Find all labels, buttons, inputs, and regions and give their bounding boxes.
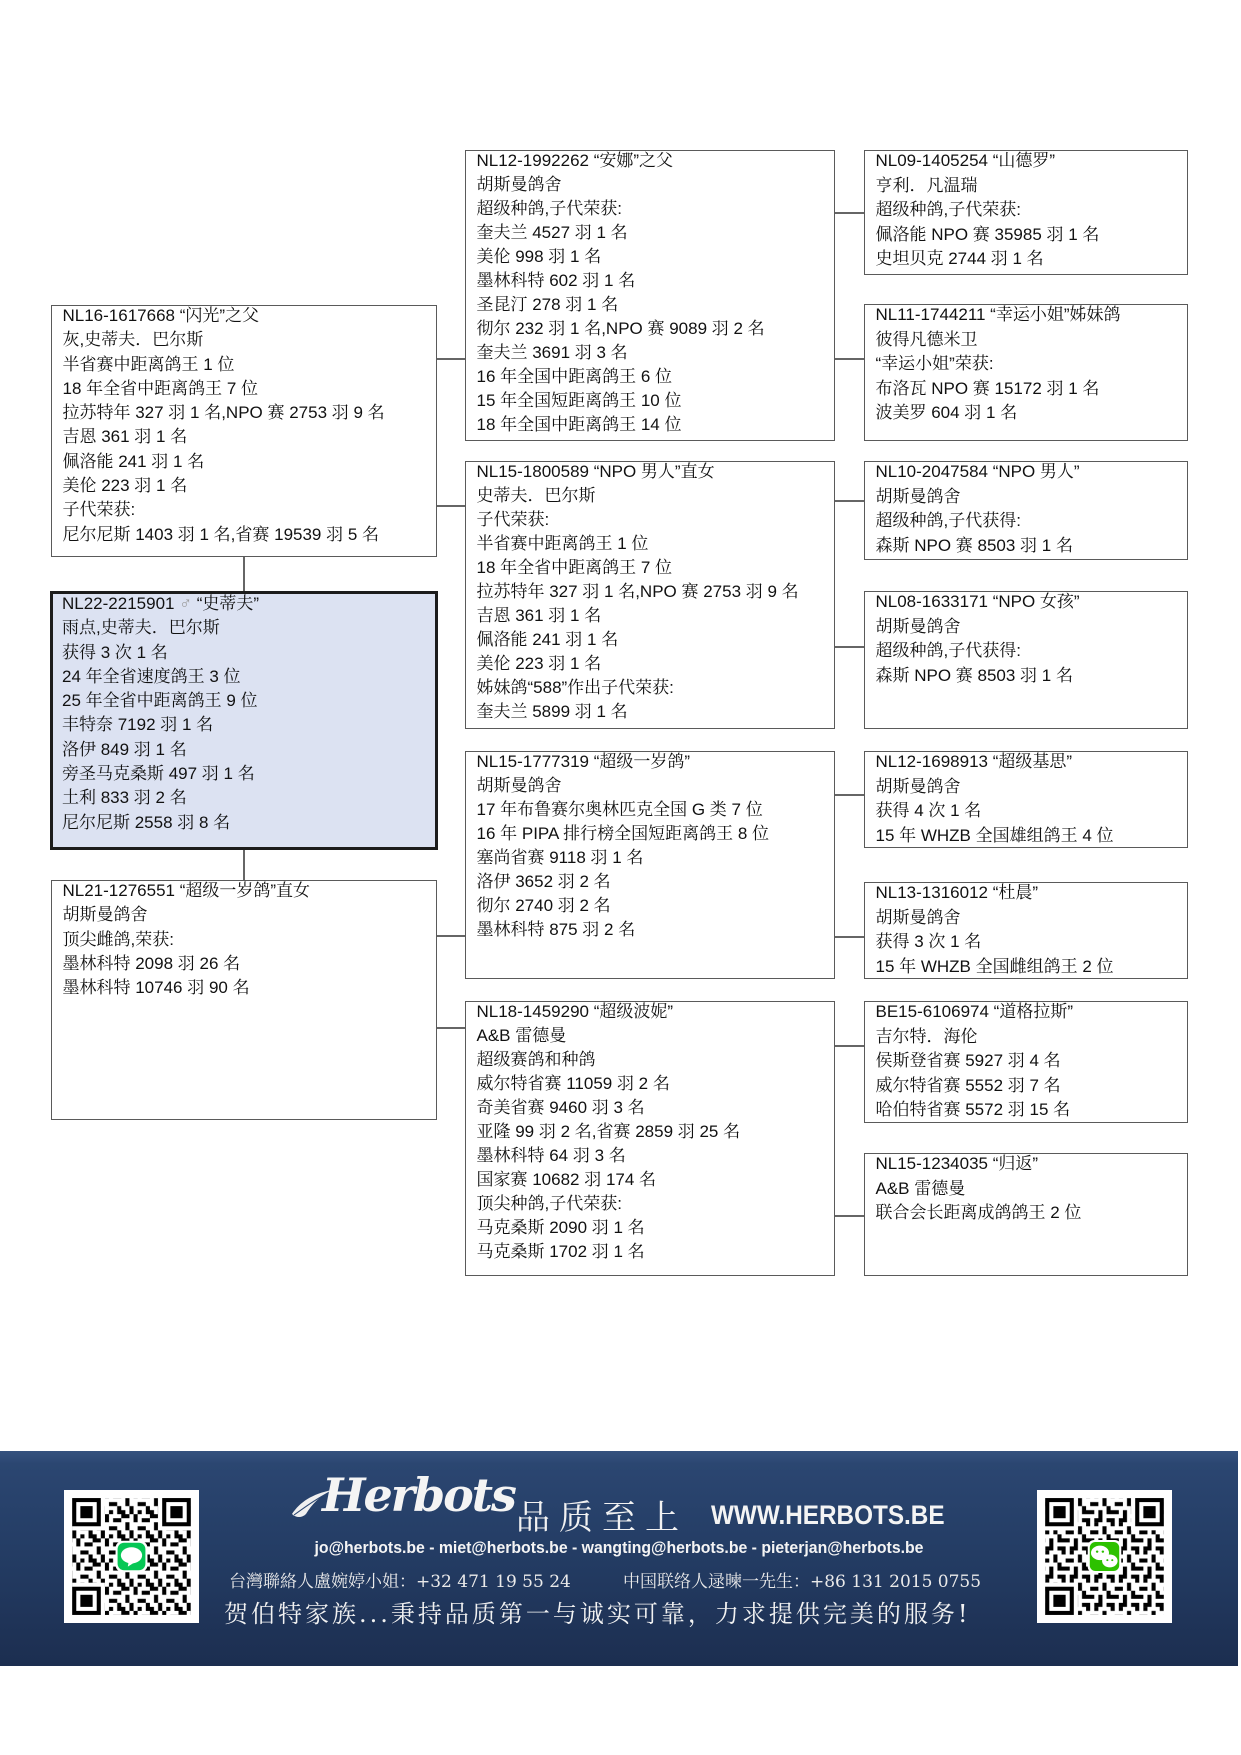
ring-title: NL18-1459290 “超级波妮” [477,1000,829,1024]
result-line: 半省赛中距离鸽王 1 位 [63,353,431,377]
result-line: 尼尔尼斯 2558 羽 8 名 [62,811,429,835]
breeder-line: A&B 雷德曼 [477,1024,829,1048]
box-lines: NL15-1777319 “超级一岁鸽” 胡斯曼鸽舍 17 年布鲁赛尔奥林匹克全… [477,750,829,942]
ring-title: NL13-1316012 “杜晨” [876,881,1182,906]
result-line: 16 年全国中距离鸽王 6 位 [477,365,829,389]
result-line: 子代荣获: [63,498,431,522]
connector-r5 [835,794,864,796]
pedigree-box-sire-dam-dam: NL08-1633171 “NPO 女孩” 胡斯曼鸽舍 超级种鸽,子代获得: 森… [864,591,1188,729]
result-line: 彻尔 2740 羽 2 名 [477,894,829,918]
result-line: 圣昆汀 278 羽 1 名 [477,293,829,317]
wechat-icon [1088,1540,1122,1573]
breeder-line: 吉尔特．海伦 [876,1025,1182,1050]
box-lines: NL08-1633171 “NPO 女孩” 胡斯曼鸽舍 超级种鸽,子代获得: 森… [876,590,1182,688]
connector-r8 [835,1215,864,1217]
box-lines: NL13-1316012 “杜晨” 胡斯曼鸽舍 获得 3 次 1 名 15 年 … [876,881,1182,979]
result-line: 马克桑斯 2090 羽 1 名 [477,1216,829,1240]
result-line: 洛伊 849 羽 1 名 [62,738,429,762]
ring-title: BE15-6106974 “道格拉斯” [876,1000,1182,1025]
result-line: 拉苏特年 327 羽 1 名,NPO 赛 2753 羽 9 名 [63,401,431,425]
connector-dam-to-dam-dam [437,1027,465,1029]
pedigree-box-dam-sire-sire: NL12-1698913 “超级基思” 胡斯曼鸽舍 获得 4 次 1 名 15 … [864,751,1188,848]
pedigree-box-sire-dam: NL15-1800589 “NPO 男人”直女 史蒂夫．巴尔斯 子代荣获: 半省… [465,461,835,729]
result-line: 18 年全国中距离鸽王 14 位 [477,413,829,437]
result-line: 森斯 NPO 赛 8503 羽 1 名 [876,664,1182,689]
pedigree-box-sire-dam-sire: NL10-2047584 “NPO 男人” 胡斯曼鸽舍 超级种鸽,子代获得: 森… [864,461,1188,560]
breeder-line: 史蒂夫．巴尔斯 [477,484,829,508]
breeder-line: 胡斯曼鸽舍 [477,774,829,798]
result-line: 墨林科特 875 羽 2 名 [477,918,829,942]
result-line: 哈伯特省赛 5572 羽 15 名 [876,1098,1182,1123]
result-line: 尼尔尼斯 1403 羽 1 名,省赛 19539 羽 5 名 [63,523,431,547]
ring-title: NL21-1276551 “超级一岁鸽”直女 [63,879,431,903]
male-symbol-icon: ♂ [179,594,192,613]
pedigree-box-dam-dam: NL18-1459290 “超级波妮” A&B 雷德曼 超级赛鸽和种鸽 威尔特省… [465,1001,835,1276]
ring-title: NL09-1405254 “山德罗” [876,149,1182,174]
result-line: 美伦 223 羽 1 名 [477,652,829,676]
result-line: 彻尔 232 羽 1 名,NPO 赛 9089 羽 2 名 [477,317,829,341]
result-line: 姊妹鸽“588”作出子代荣获: [477,676,829,700]
result-line: 佩洛能 241 羽 1 名 [477,628,829,652]
pedigree-box-dam-sire-dam: NL13-1316012 “杜晨” 胡斯曼鸽舍 获得 3 次 1 名 15 年 … [864,882,1188,979]
ring-number: NL22-2215901 [62,594,174,613]
breeder-line: 彼得凡德米卫 [876,328,1182,353]
result-line: 波美罗 604 羽 1 名 [876,401,1182,426]
result-line: 15 年 WHZB 全国雌组鸽王 2 位 [876,955,1182,980]
result-line: 18 年全省中距离鸽王 7 位 [477,556,829,580]
breeder-line: 胡斯曼鸽舍 [876,615,1182,640]
result-line: 美伦 223 羽 1 名 [63,474,431,498]
breeder-line: 雨点,史蒂夫．巴尔斯 [62,616,429,640]
breeder-line: 胡斯曼鸽舍 [876,906,1182,931]
contact-taiwan: 台灣聯絡人盧婉婷小姐：+32 471 19 55 24 [229,1567,571,1592]
ring-title: NL15-1234035 “归返” [876,1152,1182,1177]
connector-r4 [835,646,864,648]
pedigree-box-subject: NL22-2215901 ♂ “史蒂夫” 雨点,史蒂夫．巴尔斯 获得 3 次 1… [50,591,438,850]
result-line: 超级种鸽,子代获得: [876,509,1182,534]
result-line: 超级种鸽,子代荣获: [876,198,1182,223]
contact-china: 中国联络人逯暕一先生：+86 131 2015 0755 [623,1567,981,1592]
result-line: 塞尚省赛 9118 羽 1 名 [477,846,829,870]
box-lines: NL12-1992262 “安娜”之父 胡斯曼鸽舍 超级种鸽,子代荣获: 奎夫兰… [477,149,829,437]
result-line: 马克桑斯 1702 羽 1 名 [477,1240,829,1264]
result-line: 顶尖种鸽,子代荣获: [477,1192,829,1216]
qr-code-icon [1037,1490,1172,1623]
qr-code-icon [64,1490,199,1623]
breeder-line: 亨利．凡温瑞 [876,174,1182,199]
result-line: 丰特奈 7192 羽 1 名 [62,713,429,737]
result-line: 侯斯登省赛 5927 羽 4 名 [876,1049,1182,1074]
breeder-line: 胡斯曼鸽舍 [477,173,829,197]
result-line: 15 年 WHZB 全国雄组鸽王 4 位 [876,824,1182,849]
connector-r3 [835,500,864,502]
pigeon-name: “史蒂夫” [197,594,259,613]
result-line: 奎夫兰 3691 羽 3 名 [477,341,829,365]
box-lines: NL09-1405254 “山德罗” 亨利．凡温瑞 超级种鸽,子代荣获: 佩洛能… [876,149,1182,272]
box-lines: NL10-2047584 “NPO 男人” 胡斯曼鸽舍 超级种鸽,子代获得: 森… [876,460,1182,558]
box-lines: NL15-1800589 “NPO 男人”直女 史蒂夫．巴尔斯 子代荣获: 半省… [477,460,829,724]
result-line: 美伦 998 羽 1 名 [477,245,829,269]
result-line: 获得 3 次 1 名 [62,641,429,665]
connector-r6 [835,936,864,938]
pedigree-box-sire: NL16-1617668 “闪光”之父 灰,史蒂夫．巴尔斯 半省赛中距离鸽王 1… [51,305,437,557]
box-lines: NL18-1459290 “超级波妮” A&B 雷德曼 超级赛鸽和种鸽 威尔特省… [477,1000,829,1264]
result-line: 墨林科特 64 羽 3 名 [477,1144,829,1168]
result-line: 奎夫兰 5899 羽 1 名 [477,700,829,724]
ring-title: NL08-1633171 “NPO 女孩” [876,590,1182,615]
result-line: 威尔特省赛 11059 羽 2 名 [477,1072,829,1096]
result-line: 16 年 PIPA 排行榜全国短距离鸽王 8 位 [477,822,829,846]
connector-r2 [835,358,864,360]
box-lines: NL15-1234035 “归返” A&B 雷德曼 联合会长距离成鸽鸽王 2 位 [876,1152,1182,1226]
result-line: 墨林科特 10746 羽 90 名 [63,976,431,1000]
result-line: 17 年布鲁赛尔奥林匹克全国 G 类 7 位 [477,798,829,822]
connector-sire-subject [243,557,245,591]
result-line: 吉恩 361 羽 1 名 [63,425,431,449]
box-lines: NL16-1617668 “闪光”之父 灰,史蒂夫．巴尔斯 半省赛中距离鸽王 1… [63,304,431,547]
breeder-line: 灰,史蒂夫．巴尔斯 [63,328,431,352]
result-line: 森斯 NPO 赛 8503 羽 1 名 [876,534,1182,559]
result-line: 奎夫兰 4527 羽 1 名 [477,221,829,245]
connector-subject-dam [243,850,245,880]
ring-title: NL10-2047584 “NPO 男人” [876,460,1182,485]
ring-title: NL11-1744211 “幸运小姐”姊妹鸽 [876,303,1182,328]
result-line: 佩洛能 NPO 赛 35985 羽 1 名 [876,223,1182,248]
pedigree-box-dam-dam-sire: BE15-6106974 “道格拉斯” 吉尔特．海伦 侯斯登省赛 5927 羽 … [864,1001,1188,1123]
connector-sire-to-sire-sire [437,358,465,360]
result-line: 史坦贝克 2744 羽 1 名 [876,247,1182,272]
pedigree-box-dam-sire: NL15-1777319 “超级一岁鸽” 胡斯曼鸽舍 17 年布鲁赛尔奥林匹克全… [465,751,835,979]
connector-dam-to-dam-sire [437,935,465,937]
box-lines: NL12-1698913 “超级基思” 胡斯曼鸽舍 获得 4 次 1 名 15 … [876,750,1182,848]
result-line: 15 年全国短距离鸽王 10 位 [477,389,829,413]
result-line: “幸运小姐”荣获: [876,352,1182,377]
herbots-logo: Herbots [322,1468,515,1522]
breeder-line: A&B 雷德曼 [876,1177,1182,1202]
breeder-line: 胡斯曼鸽舍 [876,485,1182,510]
result-line: 奇美省赛 9460 羽 3 名 [477,1096,829,1120]
breeder-line: 胡斯曼鸽舍 [63,903,431,927]
pedigree-box-sire-sire-dam: NL11-1744211 “幸运小姐”姊妹鸽 彼得凡德米卫 “幸运小姐”荣获: … [864,304,1188,441]
result-line: 获得 4 次 1 名 [876,799,1182,824]
result-line: 超级种鸽,子代荣获: [477,197,829,221]
box-lines: NL22-2215901 ♂ “史蒂夫” 雨点,史蒂夫．巴尔斯 获得 3 次 1… [62,592,429,835]
result-line: 国家赛 10682 羽 174 名 [477,1168,829,1192]
result-line: 墨林科特 2098 羽 26 名 [63,952,431,976]
box-lines: NL11-1744211 “幸运小姐”姊妹鸽 彼得凡德米卫 “幸运小姐”荣获: … [876,303,1182,426]
qr-code-wechat [1037,1490,1172,1623]
result-line: 威尔特省赛 5552 羽 7 名 [876,1074,1182,1099]
ring-title: NL15-1777319 “超级一岁鸽” [477,750,829,774]
pedigree-box-dam: NL21-1276551 “超级一岁鸽”直女 胡斯曼鸽舍 顶尖雌鸽,荣获: 墨林… [51,880,437,1120]
website-link: WWW.HERBOTS.BE [711,1500,945,1531]
breeder-line: 胡斯曼鸽舍 [876,775,1182,800]
result-line: 顶尖雌鸽,荣获: [63,928,431,952]
result-line: 吉恩 361 羽 1 名 [477,604,829,628]
result-line: 布洛瓦 NPO 赛 15172 羽 1 名 [876,377,1182,402]
result-line: 佩洛能 241 羽 1 名 [63,450,431,474]
result-line: 土利 833 羽 2 名 [62,786,429,810]
box-lines: BE15-6106974 “道格拉斯” 吉尔特．海伦 侯斯登省赛 5927 羽 … [876,1000,1182,1123]
result-line: 24 年全省速度鸽王 3 位 [62,665,429,689]
connector-r1 [835,212,864,214]
result-line: 拉苏特年 327 羽 1 名,NPO 赛 2753 羽 9 名 [477,580,829,604]
result-line: 墨林科特 602 羽 1 名 [477,269,829,293]
result-line: 半省赛中距离鸽王 1 位 [477,532,829,556]
result-line: 18 年全省中距离鸽王 7 位 [63,377,431,401]
line-icon [116,1541,148,1572]
result-line: 25 年全省中距离鸽王 9 位 [62,689,429,713]
email-addresses: jo@herbots.be - miet@herbots.be - wangti… [256,1538,981,1558]
connector-sire-to-sire-dam [437,505,465,507]
result-line: 获得 3 次 1 名 [876,930,1182,955]
ring-title: NL12-1992262 “安娜”之父 [477,149,829,173]
result-line: 超级种鸽,子代获得: [876,639,1182,664]
pedigree-box-dam-dam-dam: NL15-1234035 “归返” A&B 雷德曼 联合会长距离成鸽鸽王 2 位 [864,1153,1188,1276]
tagline: 品质至上 [516,1490,688,1539]
result-line: 超级赛鸽和种鸽 [477,1048,829,1072]
slogan: 贺伯特家族...秉持品质第一与诚实可靠，力求提供完美的服务! [224,1594,971,1629]
result-line: 亚隆 99 羽 2 名,省赛 2859 羽 25 名 [477,1120,829,1144]
ring-title: NL12-1698913 “超级基思” [876,750,1182,775]
result-line: 洛伊 3652 羽 2 名 [477,870,829,894]
result-line: 联合会长距离成鸽鸽王 2 位 [876,1201,1182,1226]
connector-r7 [835,1045,864,1047]
pedigree-box-sire-sire-sire: NL09-1405254 “山德罗” 亨利．凡温瑞 超级种鸽,子代荣获: 佩洛能… [864,150,1188,275]
result-line: 旁圣马克桑斯 497 羽 1 名 [62,762,429,786]
ring-title: NL15-1800589 “NPO 男人”直女 [477,460,829,484]
ring-title: NL16-1617668 “闪光”之父 [63,304,431,328]
ring-title: NL22-2215901 ♂ “史蒂夫” [62,592,429,616]
pedigree-box-sire-sire: NL12-1992262 “安娜”之父 胡斯曼鸽舍 超级种鸽,子代荣获: 奎夫兰… [465,150,835,441]
box-lines: NL21-1276551 “超级一岁鸽”直女 胡斯曼鸽舍 顶尖雌鸽,荣获: 墨林… [63,879,431,1000]
result-line: 子代荣获: [477,508,829,532]
qr-code-line [64,1490,199,1623]
